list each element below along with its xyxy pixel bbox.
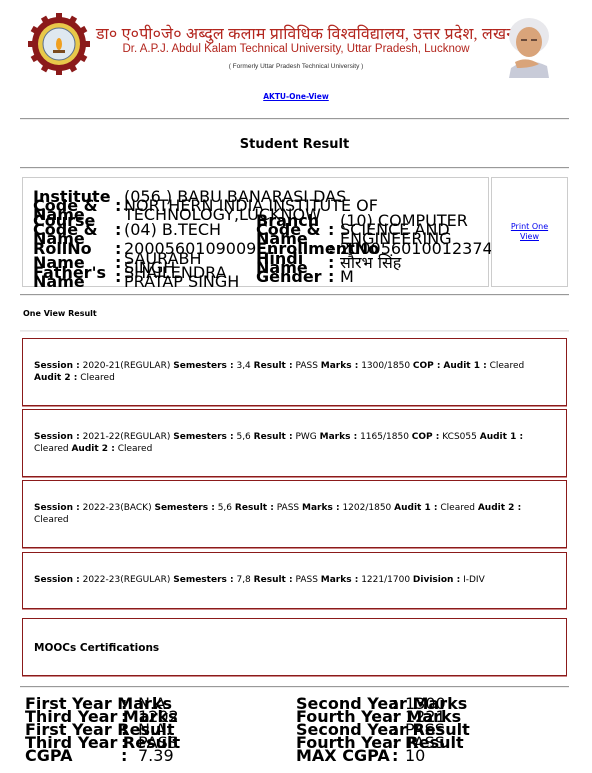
course-value: (04) B.TECH — [124, 225, 254, 234]
student-info-panel: Institute Code & Name : (056 ) BABU BANA… — [22, 177, 489, 287]
divider — [20, 118, 569, 120]
university-header: डा० ए०पी०जे० अब्दुल कलाम प्राविधिक विश्व… — [0, 0, 592, 85]
print-panel: Print One View — [491, 177, 568, 287]
university-logo-icon — [28, 13, 90, 75]
university-name-hindi: डा० ए०पी०जे० अब्दुल कलाम प्राविधिक विश्व… — [96, 22, 496, 44]
hindi-name-value: सौरभ सिंह — [340, 258, 401, 267]
formerly-note: ( Formerly Uttar Pradesh Technical Unive… — [96, 63, 496, 70]
summary-row: CGPA:7.39 — [25, 749, 174, 762]
session-card: Session : 2020-21(REGULAR) Semesters : 3… — [22, 338, 567, 406]
page-title: Student Result — [20, 137, 569, 152]
session-card: Session : 2022-23(BACK) Semesters : 5,6 … — [22, 480, 567, 548]
session-details: Session : 2022-23(BACK) Semesters : 5,6 … — [34, 503, 552, 526]
print-one-view-link[interactable]: Print One View — [505, 222, 555, 242]
session-card: Session : 2022-23(REGULAR) Semesters : 7… — [22, 552, 567, 609]
session-card: Session : 2021-22(REGULAR) Semesters : 5… — [22, 409, 567, 477]
summary-row: MAX CGPA:10 — [296, 749, 425, 762]
one-view-result-heading: One View Result — [23, 309, 97, 318]
father-name-label: Father's Name — [33, 268, 115, 286]
moocs-card: MOOCs Certifications — [22, 618, 567, 676]
divider — [20, 686, 569, 688]
gender-label: Gender — [256, 272, 328, 281]
aktu-one-view-link[interactable]: AKTU-One-View — [0, 92, 592, 101]
session-details: Session : 2021-22(REGULAR) Semesters : 5… — [34, 432, 552, 455]
divider — [20, 294, 569, 296]
gender-value: M — [340, 272, 354, 281]
portrait-icon — [497, 12, 563, 80]
divider — [20, 167, 569, 169]
university-name-english: Dr. A.P.J. Abdul Kalam Technical Univers… — [96, 43, 496, 55]
divider — [20, 330, 569, 332]
session-details: Session : 2022-23(REGULAR) Semesters : 7… — [34, 575, 552, 587]
enrollment-value: 200056010012374 — [340, 244, 493, 253]
session-details: Session : 2020-21(REGULAR) Semesters : 3… — [34, 361, 552, 384]
rollno-label: RollNo — [33, 244, 115, 253]
father-name-value: SHAILENDRA PRATAP SINGH — [124, 268, 259, 286]
moocs-heading: MOOCs Certifications — [34, 642, 159, 654]
